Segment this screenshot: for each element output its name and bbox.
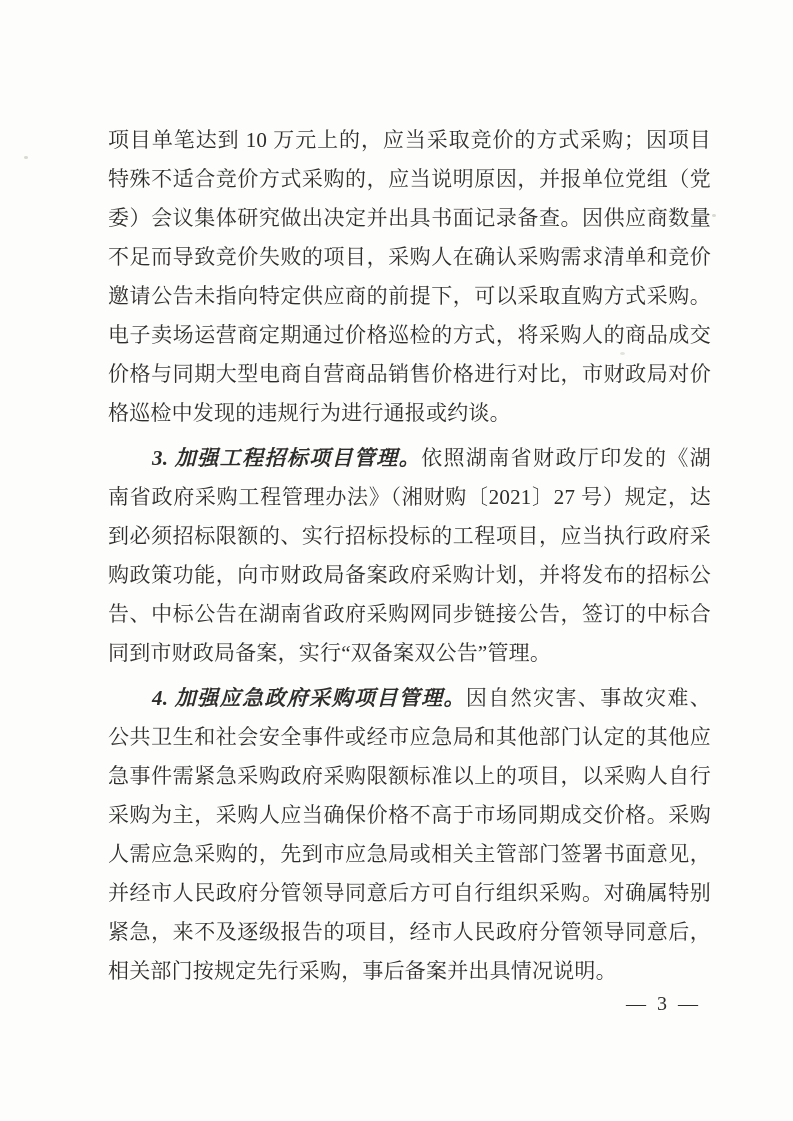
body-line: 急事件需紧急采购政府采购限额标准以上的项目，以采购人自行	[108, 757, 711, 796]
body-line: 采购为主，采购人应当确保价格不高于市场同期成交价格。采购	[108, 796, 711, 835]
body-line: 并经市人民政府分管领导同意后方可自行组织采购。对确属特别	[108, 874, 711, 913]
body-line: 价格与同期大型电商自营商品销售价格进行对比，市财政局对价	[108, 355, 711, 394]
body-line: 邀请公告未指向特定供应商的前提下，可以采取直购方式采购。	[108, 277, 711, 316]
body-line: 相关部门按规定先行采购，事后备案并出具情况说明。	[108, 952, 711, 991]
body-line: 公共卫生和社会安全事件或经市应急局和其他部门认定的其他应	[108, 718, 711, 757]
body-line: 4. 加强应急政府采购项目管理。因自然灾害、事故灾难、	[108, 679, 711, 718]
body-line: 人需应急采购的，先到市应急局或相关主管部门签署书面意见，	[108, 835, 711, 874]
body-line: 不足而导致竞价失败的项目，采购人在确认采购需求清单和竞价	[108, 238, 711, 277]
body-line: 告、中标公告在湖南省政府采购网同步链接公告，签订的中标合	[108, 595, 711, 634]
scan-speckle	[24, 156, 28, 159]
item3-first-line-text: 依照湖南省财政厅印发的《湖	[421, 446, 711, 470]
paragraph-item4: 4. 加强应急政府采购项目管理。因自然灾害、事故灾难、 公共卫生和社会安全事件或…	[108, 679, 711, 991]
document-body: 项目单笔达到 10 万元上的，应当采取竞价的方式采购；因项目 特殊不适合竞价方式…	[108, 121, 711, 991]
body-line: 特殊不适合竞价方式采购的，应当说明原因，并报单位党组（党	[108, 160, 711, 199]
item4-first-line-text: 因自然灾害、事故灾难、	[466, 686, 711, 710]
body-line: 项目单笔达到 10 万元上的，应当采取竞价的方式采购；因项目	[108, 121, 711, 160]
body-line: 紧急，来不及逐级报告的项目，经市人民政府分管领导同意后，	[108, 913, 711, 952]
page-number: — 3 —	[626, 991, 701, 1017]
scan-speckle	[712, 214, 716, 217]
paragraph-continuation: 项目单笔达到 10 万元上的，应当采取竞价的方式采购；因项目 特殊不适合竞价方式…	[108, 121, 711, 433]
body-line: 格巡检中发现的违规行为进行通报或约谈。	[108, 394, 711, 433]
body-line: 3. 加强工程招标项目管理。依照湖南省财政厅印发的《湖	[108, 439, 711, 478]
body-line: 电子卖场运营商定期通过价格巡检的方式，将采购人的商品成交	[108, 316, 711, 355]
body-line: 委）会议集体研究做出决定并出具书面记录备查。因供应商数量	[108, 199, 711, 238]
paragraph-item3: 3. 加强工程招标项目管理。依照湖南省财政厅印发的《湖 南省政府采购工程管理办法…	[108, 439, 711, 673]
item3-heading: 3. 加强工程招标项目管理。	[152, 446, 421, 470]
body-line: 购政策功能，向市财政局备案政府采购计划，并将发布的招标公	[108, 556, 711, 595]
body-line: 南省政府采购工程管理办法》（湘财购〔2021〕27 号）规定，达	[108, 478, 711, 517]
body-line: 同到市财政局备案，实行“双备案双公告”管理。	[108, 634, 711, 673]
body-line: 到必须招标限额的、实行招标投标的工程项目，应当执行政府采	[108, 517, 711, 556]
item4-heading: 4. 加强应急政府采购项目管理。	[152, 686, 466, 710]
scanned-document-page: 项目单笔达到 10 万元上的，应当采取竞价的方式采购；因项目 特殊不适合竞价方式…	[0, 0, 793, 1121]
